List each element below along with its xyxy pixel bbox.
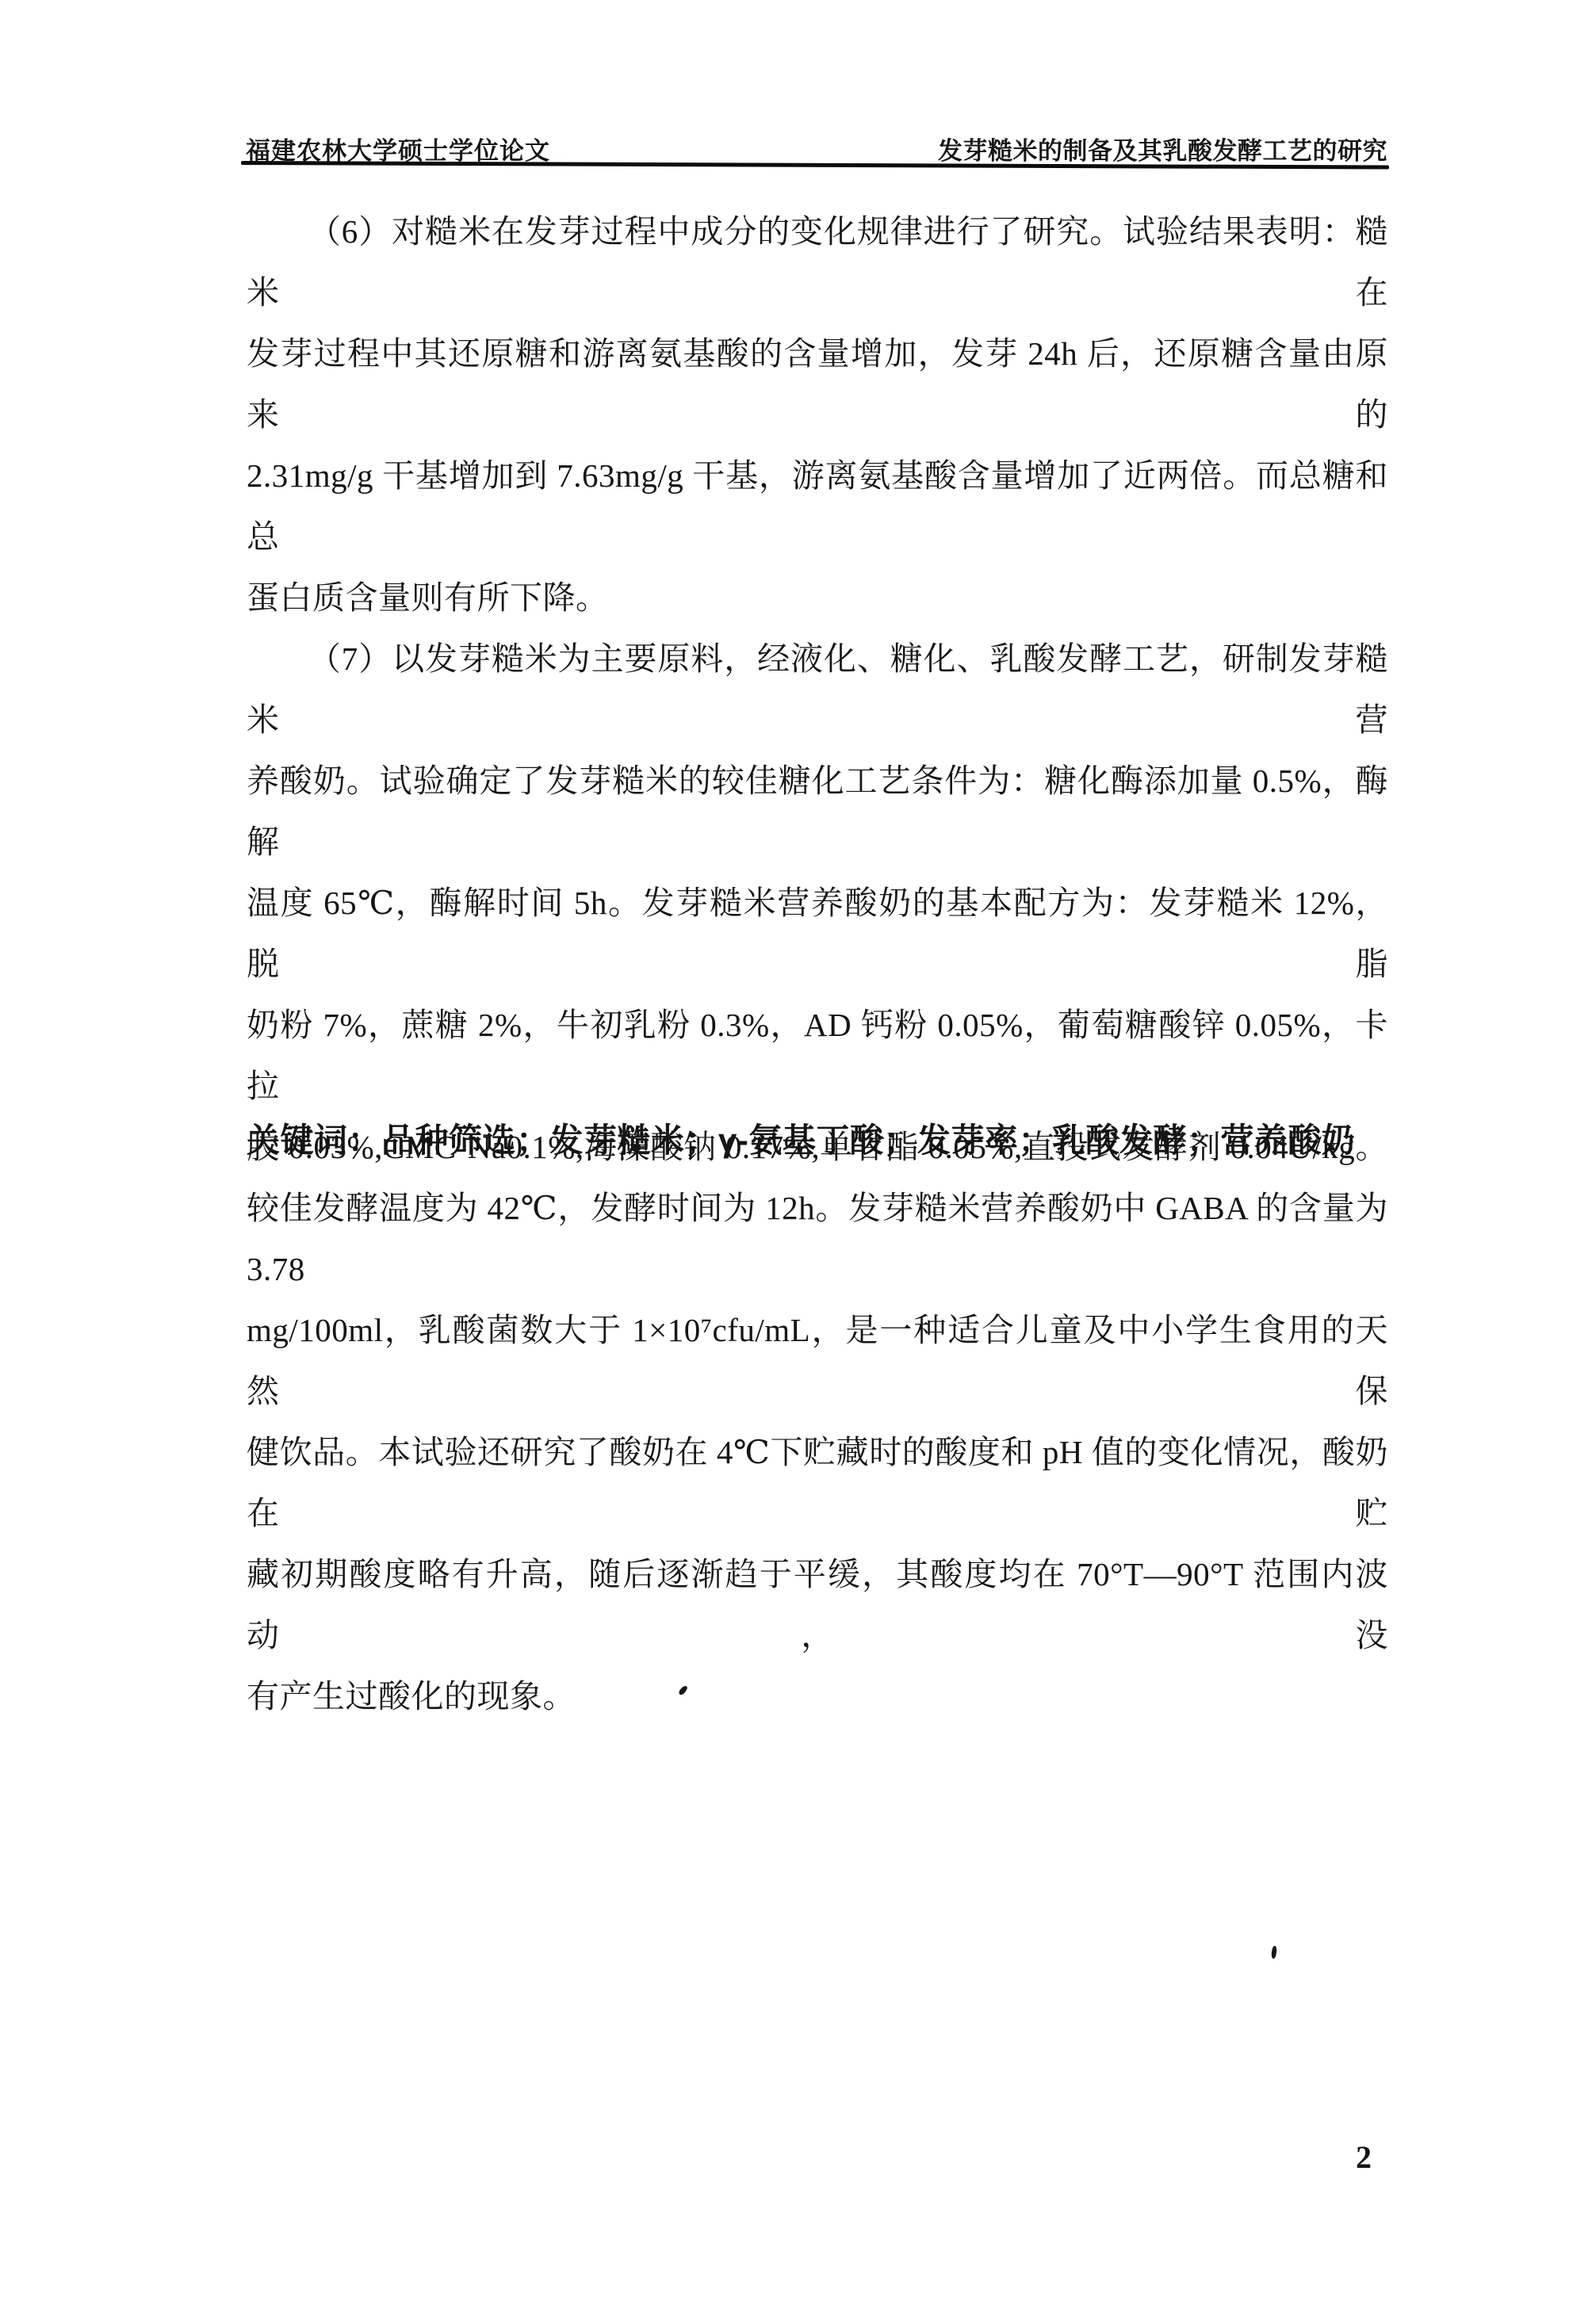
text-line: 2.31mg/g 干基增加到 7.63mg/g 干基，游离氨基酸含量增加了近两倍… — [247, 445, 1388, 568]
abstract-body: （6）对糙米在发芽过程中成分的变化规律进行了研究。试验结果表明：糙米在 发芽过程… — [247, 201, 1388, 1727]
text-line: 奶粉 7%，蔗糖 2%，牛初乳粉 0.3%，AD 钙粉 0.05%，葡萄糖酸锌 … — [247, 995, 1388, 1117]
text-line: 有产生过酸化的现象。 — [247, 1666, 1388, 1727]
text-line: 较佳发酵温度为 42℃，发酵时间为 12h。发芽糙米营养酸奶中 GABA 的含量… — [247, 1178, 1388, 1300]
text-line: mg/100ml，乳酸菌数大于 1×10⁷cfu/mL，是一种适合儿童及中小学生… — [247, 1300, 1388, 1422]
header-right-title: 发芽糙米的制备及其乳酸发酵工艺的研究 — [938, 131, 1387, 166]
text-line: 养酸奶。试验确定了发芽糙米的较佳糖化工艺条件为：糖化酶添加量 0.5%，酶解 — [247, 751, 1388, 873]
paragraph-7: （7）以发芽糙米为主要原料，经液化、糖化、乳酸发酵工艺，研制发芽糙米营 养酸奶。… — [247, 629, 1388, 1727]
text-line: 温度 65℃，酶解时间 5h。发芽糙米营养酸奶的基本配方为：发芽糙米 12%，脱… — [247, 873, 1388, 995]
text-line: 发芽过程中其还原糖和游离氨基酸的含量增加，发芽 24h 后，还原糖含量由原来的 — [247, 323, 1388, 445]
ink-speck — [1271, 1946, 1277, 1959]
keywords-line: 关键词：品种筛选；发芽糙米；γ-氨基丁酸；发芽率；乳酸发酵；营养酸奶 — [247, 1110, 1404, 1171]
text-line: （7）以发芽糙米为主要原料，经液化、糖化、乳酸发酵工艺，研制发芽糙米营 — [247, 629, 1388, 751]
text-line: 蛋白质含量则有所下降。 — [247, 568, 1388, 629]
paragraph-6: （6）对糙米在发芽过程中成分的变化规律进行了研究。试验结果表明：糙米在 发芽过程… — [247, 201, 1388, 629]
text-line: 健饮品。本试验还研究了酸奶在 4℃下贮藏时的酸度和 pH 值的变化情况，酸奶在贮 — [247, 1422, 1388, 1544]
page-number: 2 — [1356, 2139, 1372, 2176]
text-line: 藏初期酸度略有升高，随后逐渐趋于平缓，其酸度均在 70°T—90°T 范围内波动… — [247, 1544, 1388, 1666]
text-line: （6）对糙米在发芽过程中成分的变化规律进行了研究。试验结果表明：糙米在 — [247, 201, 1388, 323]
page: 福建农林大学硕士学位论文 发芽糙米的制备及其乳酸发酵工艺的研究 （6）对糙米在发… — [0, 0, 1592, 2324]
